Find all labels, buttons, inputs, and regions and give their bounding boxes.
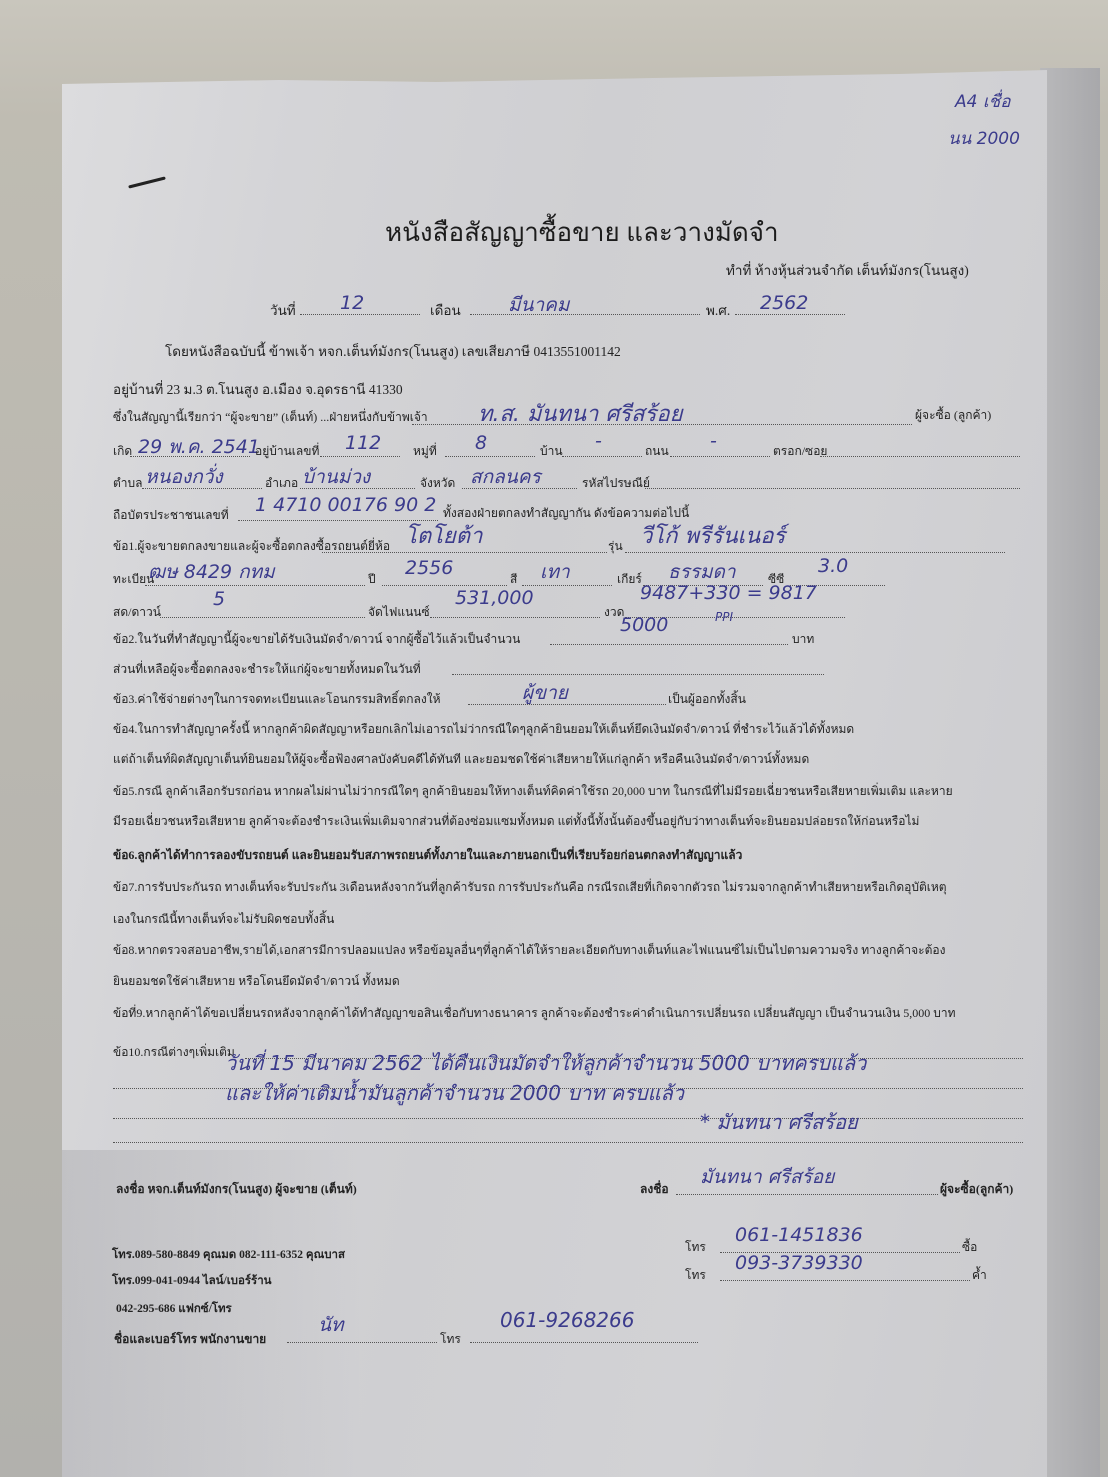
color-value: เทา bbox=[540, 557, 570, 587]
id-label: ถือบัตรประชาชนเลขที่ bbox=[113, 506, 229, 525]
clause1-label: ข้อ1.ผู้จะขายตกลงขายและผู้จะซื้อตกลงซื้อ… bbox=[113, 537, 390, 556]
buyer-tel1: 061-1451836 bbox=[735, 1224, 863, 1246]
buyer-tel1-suffix: ซื้อ bbox=[962, 1238, 977, 1257]
clause6: ข้อ6.ลูกค้าได้ทำการลองขับรถยนต์ และยินยอ… bbox=[113, 846, 742, 865]
intro-line2: อยู่บ้านที่ 23 ม.3 ต.โนนสูง อ.เมือง จ.อุ… bbox=[113, 378, 403, 400]
buyer-tel1-label: โทร bbox=[685, 1238, 706, 1257]
seller-phone-1: โทร.089-580-8849 คุณมด 082-111-6352 คุณบ… bbox=[112, 1246, 345, 1264]
moo-label: หมู่ที่ bbox=[413, 442, 437, 461]
paper-stack-edge bbox=[1040, 68, 1100, 1477]
district-label: อำเภอ bbox=[265, 474, 298, 493]
postcode-label: รหัสไปรษณีย์ bbox=[582, 474, 650, 493]
road-label: ถนน bbox=[645, 442, 669, 461]
buyer-suffix: ผู้จะซื้อ (ลูกค้า) bbox=[915, 406, 991, 425]
village-value: - bbox=[595, 430, 602, 452]
down-label: สด/ดาวน์ bbox=[113, 603, 161, 622]
clause8-line1: ข้อ8.หากตรวจสอบอาชีพ,รายได้,เอกสารมีการป… bbox=[113, 941, 945, 960]
district-value: บ้านม่วง bbox=[302, 462, 370, 492]
buyer-sign-suffix: ผู้จะซื้อ(ลูกค้า) bbox=[940, 1180, 1013, 1199]
plate-value: ฒษ 8429 กทม bbox=[148, 557, 275, 587]
road-value: - bbox=[710, 430, 717, 452]
buyer-name: ท.ส. มันทนา ศรีสร้อย bbox=[478, 396, 682, 431]
installment-value: 9487+330 = 9817 bbox=[640, 582, 817, 604]
clause7-line1: ข้อ7.การรับประกันรถ ทางเต็นท์จะรับประกัน… bbox=[113, 878, 947, 897]
corner-note-line2: นน 2000 bbox=[948, 125, 1020, 152]
alley-label: ตรอก/ซอย bbox=[773, 442, 827, 461]
clause3-party: ผู้ขาย bbox=[522, 678, 568, 708]
vehicle-brand: โตโยต้า bbox=[405, 518, 482, 553]
buyer-prefix: ซึ่งในสัญญานี้เรียกว่า “ผู้จะขาย” (เต็นท… bbox=[113, 408, 428, 427]
cc-value: 3.0 bbox=[818, 555, 848, 577]
corner-note-line1: A4 เชื่อ bbox=[955, 88, 1010, 115]
clause10-label: ข้อ10.กรณีต่างๆเพิ่มเติม bbox=[113, 1043, 235, 1062]
finance-label: จัดไฟแนนซ์ bbox=[368, 603, 430, 622]
birth-label: เกิด bbox=[113, 442, 132, 461]
installment-note: PPI bbox=[715, 610, 733, 624]
house-no-label: อยู่บ้านเลขที่ bbox=[255, 442, 319, 461]
clause4-line1: ข้อ4.ในการทำสัญญาครั้งนี้ หากลูกค้าผิดสั… bbox=[113, 720, 854, 739]
clause10-note-line2: และให้ค่าเติมน้ำมันลูกค้าจำนวน 2000 บาท … bbox=[225, 1077, 684, 1109]
down-value: 5 bbox=[213, 588, 225, 610]
day-label: วันที่ bbox=[270, 299, 296, 321]
sales-name: นัท bbox=[318, 1310, 344, 1340]
clause2-rest: ส่วนที่เหลือผู้จะซื้อตกลงจะชำระให้แก่ผู้… bbox=[113, 660, 421, 679]
buyer-tel2-suffix: ค้ำ bbox=[972, 1266, 987, 1285]
page-title: หนังสือสัญญาซื้อขาย และวางมัดจำ bbox=[385, 212, 779, 253]
buyer-signature: มันทนา ศรีสร้อย bbox=[700, 1162, 834, 1192]
intro-line1: โดยหนังสือฉบับนี้ ข้าพเจ้า หจก.เต็นท์มัง… bbox=[165, 340, 621, 362]
sales-tel: 061-9268266 bbox=[500, 1308, 634, 1332]
year-value: 2562 bbox=[760, 292, 808, 314]
month-value: มีนาคม bbox=[508, 290, 569, 320]
clause3-suffix: เป็นผู้ออกทั้งสิ้น bbox=[668, 690, 746, 709]
finance-value: 531,000 bbox=[455, 587, 534, 609]
province-value: สกลนคร bbox=[470, 462, 541, 492]
subdistrict-value: หนองกวั่ง bbox=[145, 462, 223, 492]
clause10-note-line1: วันที่ 15 มีนาคม 2562 ได้คืนเงินมัดจำให้… bbox=[225, 1047, 866, 1079]
moo-value: 8 bbox=[475, 432, 487, 454]
month-label: เดือน bbox=[430, 299, 461, 321]
clause4-line2: แต่ถ้าเต็นท์ผิดสัญญาเต็นท์ยินยอมให้ผู้จะ… bbox=[113, 750, 809, 769]
clause9: ข้อที่9.หากลูกค้าได้ขอเปลี่ยนรถหลังจากลู… bbox=[113, 1004, 956, 1023]
clause3-label: ข้อ3.ค่าใช้จ่ายต่างๆในการจดทะเบียนและโอน… bbox=[113, 690, 441, 709]
clause2-label: ข้อ2.ในวันที่ทำสัญญานี้ผู้จะขายได้รับเงิ… bbox=[113, 630, 520, 649]
buyer-sign-label: ลงชื่อ bbox=[640, 1180, 669, 1199]
vehicle-model: วีโก้ พรีรันเนอร์ bbox=[640, 518, 785, 553]
clause5-line2: มีรอยเฉี่ยวชนหรือเสียหาย ลูกค้าจะต้องชำร… bbox=[113, 812, 919, 831]
house-no-value: 112 bbox=[345, 432, 381, 454]
gear-label: เกียร์ bbox=[617, 570, 642, 589]
made-at: ทำที่ ห้างหุ้นส่วนจำกัด เต็นท์มังกร(โนนส… bbox=[726, 259, 969, 281]
buyer-tel2: 093-3739330 bbox=[735, 1252, 863, 1274]
seller-signature: ลงชื่อ หจก.เต็นท์มังกร(โนนสูง) ผู้จะขาย … bbox=[116, 1180, 357, 1199]
day-value: 12 bbox=[340, 292, 364, 314]
province-label: จังหวัด bbox=[420, 474, 455, 493]
year-field-label: ปี bbox=[368, 570, 376, 589]
seller-phone-2: โทร.099-041-0944 ไลน์/เบอร์ร้าน bbox=[112, 1272, 272, 1290]
birth-value: 29 พ.ค. 2541 bbox=[138, 432, 260, 462]
subdistrict-label: ตำบล bbox=[113, 474, 143, 493]
model-label: รุ่น bbox=[608, 537, 623, 556]
clause2-unit: บาท bbox=[792, 630, 814, 649]
clause10-buyer-sign: * มันทนา ศรีสร้อย bbox=[700, 1106, 858, 1138]
village-label: บ้าน bbox=[540, 442, 563, 461]
year-label: พ.ศ. bbox=[706, 299, 730, 321]
sales-tel-label: โทร bbox=[440, 1330, 461, 1349]
clause5-line1: ข้อ5.กรณี ลูกค้าเลือกรับรถก่อน หากผลไม่ผ… bbox=[113, 782, 953, 801]
contract-page bbox=[62, 70, 1047, 1477]
seller-fax: 042-295-686 แฟกซ์/โทร bbox=[116, 1300, 232, 1318]
clause2-amount: 5000 bbox=[620, 614, 668, 636]
clause7-line2: เองในกรณีนี้ทางเต็นท์จะไม่รับผิดชอบทั้งส… bbox=[113, 910, 334, 929]
year-field-value: 2556 bbox=[405, 557, 453, 579]
buyer-tel2-label: โทร bbox=[685, 1266, 706, 1285]
clause8-line2: ยินยอมชดใช้ค่าเสียหาย หรือโดนยึดมัดจำ/ดา… bbox=[113, 972, 400, 991]
sales-label: ชื่อและเบอร์โทร พนักงานขาย bbox=[114, 1330, 266, 1349]
id-value: 1 4710 00176 90 2 bbox=[255, 494, 436, 516]
